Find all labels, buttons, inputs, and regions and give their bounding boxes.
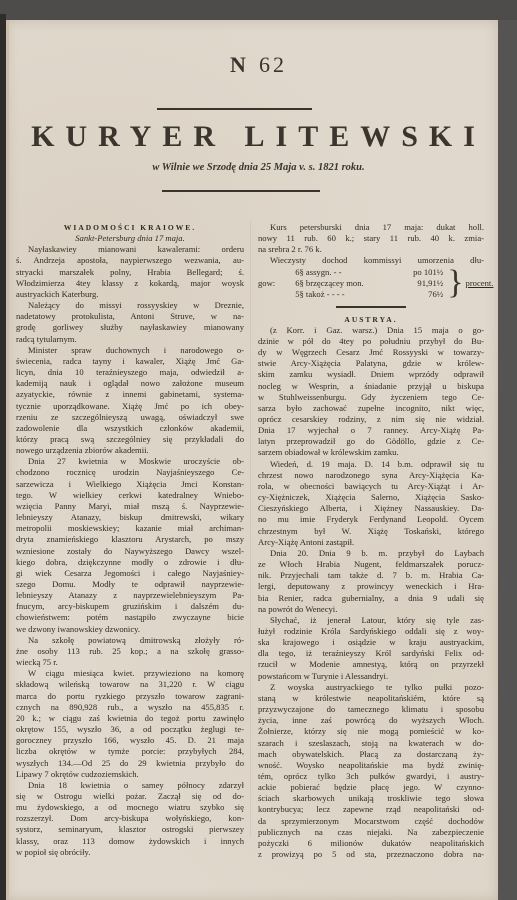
rates-table: gow: 6§ assygn. - -po 101½6§ brzęczącey … — [258, 267, 484, 300]
text-line: chrzest nowo narodzonego syna Arcy-Xiążę… — [258, 470, 484, 481]
text-line: Dnia 20. Dnia 9 b. m. przybył do Laybach — [258, 548, 484, 559]
text-line: sarzem obiadował w królewskim zamku. — [258, 447, 484, 458]
text-line: Na szkołę powiatową dmitrowską złożyły r… — [16, 635, 244, 646]
text-line: rola, w obecności bawiących tu Arcy-Xiąż… — [258, 481, 484, 492]
text-line: Wiedeń, d. 19 maja. D. 14 b.m. odprawił … — [258, 459, 484, 470]
text-line: rzeniu ze szczególnieyszą uwagą, oświadc… — [16, 412, 244, 423]
text-line: marca do portu ryzkiego przyszło towarow… — [16, 691, 244, 702]
text-line: dla tego, iż teraźnieyszy Król sardyński… — [258, 648, 484, 659]
rates-prefix: gow: — [258, 278, 275, 289]
text-line: cznych na 890,928 rub., a wyszło na 455,… — [16, 702, 244, 713]
text-line: przyzwyczajone do tamecznego klimatu i s… — [258, 704, 484, 715]
rate-row: 6§ brzęczącey mon.91,91½ — [275, 278, 443, 289]
rate-value: 91,91½ — [391, 278, 443, 289]
number-value: 62 — [259, 52, 287, 77]
text-line: którzy pracą swą szczególniey się przykł… — [16, 434, 244, 445]
text-line: składową wileńską towarow na 31,220 r. W… — [16, 679, 244, 690]
masthead-rule-top — [157, 108, 312, 110]
text-line: Lipawy 7 okrętów cudzoziemskich. — [16, 769, 244, 780]
text-line: Dnia 27 kwietnia w Moskwie uroczyście ob… — [16, 456, 244, 467]
text-line: da sprzymierzonym Mocarstwom część docho… — [258, 816, 484, 827]
rate-label: 6§ assygn. - - — [275, 267, 391, 278]
text-line: zadowolenie dla wszystkich członków akad… — [16, 423, 244, 434]
issue-number: N62 — [0, 52, 517, 78]
text-line: dy w Węgrzech Cesarz Jmć Rossyyski w tow… — [258, 347, 484, 358]
text-line: stwie Arcy-Xiążęcia Palatyna, gdzie w kr… — [258, 358, 484, 369]
text-line: z prowizyą po 5 od sta, przeznaczono dob… — [258, 849, 484, 860]
text-line: 20 k.; w ciągu zaś kwietnia do tegoż por… — [16, 713, 244, 724]
text-line: szarach i szeslaszach, stoją na kwaterac… — [258, 738, 484, 749]
text-line: Nayłaskawiey mianowani kawalerami: order… — [16, 244, 244, 255]
text-line: wzniesione zostały do Naywyższego Dawcy … — [16, 546, 244, 557]
text-line: na srebra 2 r. 76 k. — [258, 244, 484, 255]
text-line: Arcy-Xiążę Antoni zastąpił. — [258, 537, 484, 548]
left-column: WIADOMOŚCI KRAIOWE. Sankt-Petersburg dni… — [16, 222, 244, 858]
text-line: wność. Woysko neapolitańskie ma bydź zwi… — [258, 760, 484, 771]
rate-row: 6§ assygn. - -po 101½ — [275, 267, 443, 278]
section-divider — [336, 306, 406, 308]
text-line: Dnia 18 kwietnia o samey północy zdarzył — [16, 780, 244, 791]
text-line: na powrót do Wenecyi. — [258, 604, 484, 615]
text-line: latyn przeprowadził go do Gödöllo, gdzie… — [258, 436, 484, 447]
text-line: austryackich Katerburg. — [16, 289, 244, 300]
text-line: żne osoby 113 rub. 25 kop.; a na szkołę … — [16, 646, 244, 657]
issue-dateline: w Wilnie we Srzodę dnia 25 Maja v. s. 18… — [0, 162, 517, 173]
brace-glyph: } — [447, 268, 463, 298]
text-line: Z woyska austryackiego te tylko pułki po… — [258, 682, 484, 693]
rates-rows: 6§ assygn. - -po 101½6§ brzęczącey mon.9… — [275, 267, 443, 300]
text-line: we dzwony iwanowskiey dzwonicy. — [16, 624, 244, 635]
text-line: lergi, deputowany z prowincyy weneckich … — [258, 581, 484, 592]
text-line: stryacki marszałek polny, Hrabia Bellega… — [16, 267, 244, 278]
text-line: ska krajowego i osiądzie w kraju austrya… — [258, 637, 484, 648]
text-line: Minister spraw duchownych i narodowego o… — [16, 345, 244, 356]
text-line: sarzewicza i Wielkiego Xiążęcia Jmci Kon… — [16, 479, 244, 490]
text-line: wzięcia Panny Maryi, miał mszą ś. Nayprz… — [16, 501, 244, 512]
text-line: nik. Przyjechali tam także d. 7 b. m. Hr… — [258, 570, 484, 581]
text-line: Włodzimierza 4tey klassy z kokardą, majo… — [16, 278, 244, 289]
rate-value: 76½ — [391, 289, 443, 300]
text-line: wiecką 75 r. — [16, 657, 244, 668]
newspaper-title: KURYER LITEWSKI — [0, 120, 517, 154]
text-line: dzinie w pół do 4tey po południu przybył… — [258, 336, 484, 347]
text-line: mu żydowskiego, a od mocnego wiatru szyb… — [16, 802, 244, 813]
text-line: w Stuhlweissenburgu. Gdy życzeniem tego … — [258, 392, 484, 403]
text-line: tego. W wielkiey cerkwi katedralney Wnie… — [16, 490, 244, 501]
text-line: chowieństwem: potém nastąpiło zwyczayne … — [16, 612, 244, 623]
text-line: kontrybucya; lecz zapewne rząd neapolita… — [258, 804, 484, 815]
text-line: goroczney przyszło 166, wyszło 45. D. 21… — [16, 735, 244, 746]
text-line: lebnieyszy Atanazy z nayprzewielebnieysz… — [16, 590, 244, 601]
rate-value: po 101½ — [391, 267, 443, 278]
text-line: W ciągu miesiąca kwiet. przywieziono na … — [16, 668, 244, 679]
text-line: staną w królestwie neapolitańskiém, któr… — [258, 693, 484, 704]
text-line: mach obywatelskich. Płacą za dostarczaną… — [258, 749, 484, 760]
text-line: Należący do missyi rossyyskiey w Dreznie… — [16, 300, 244, 311]
text-line: no mu imie Fryderyk Ferdynand Leopold. O… — [258, 514, 484, 525]
text-line: Słychać, iż jenerał Latour, który się ty… — [258, 615, 484, 626]
text-line: bia Renier, radca gubernialny, a dnia 9 … — [258, 593, 484, 604]
text-line: metropolii moskiewskiey; kazanie miał ar… — [16, 523, 244, 534]
text-line: w popioł się obróciły. — [16, 847, 244, 858]
text-line: oprócz cesarskiey rodziny, z nim się nie… — [258, 414, 484, 425]
text-line: kiego dobra, dziękczynne modły o zdrowie… — [16, 557, 244, 568]
text-line: rzucił w Modenie amnestyą, którą on przy… — [258, 659, 484, 670]
text-line: (z Korr. i Gaz. warsz.) Dnia 15 maja o g… — [258, 325, 484, 336]
text-line: pożyczki 6 milionów dukatów neapolitańsk… — [258, 838, 484, 849]
text-line: chrzestnym był W. Xiążę Toskański, które… — [258, 526, 484, 537]
masthead-rule-bottom — [162, 190, 320, 192]
exchange-rates-text: Kurs petersburski dnia 17 maja: dukat ho… — [258, 222, 484, 267]
text-line: ś. Andrzeja apostoła, naypierwszego wezw… — [16, 255, 244, 266]
right-article-body: (z Korr. i Gaz. warsz.) Dnia 15 maja o g… — [258, 325, 484, 861]
column-separator — [250, 222, 251, 837]
text-line: Kurs petersburski dnia 17 maja: dukat ho… — [258, 222, 484, 233]
text-line: grodę gorliwey służby nayłaskawiey miano… — [16, 322, 244, 333]
text-line: ściach skarbowych unikają troskliwie teg… — [258, 793, 484, 804]
text-line: liczba okrętów w tymże porcie: przybyłyc… — [16, 746, 244, 757]
text-line: Żołnierze, którzy się nie mogą pomieścić… — [258, 726, 484, 737]
text-line: się w Ostrogu wielki pożar. Zaczął się o… — [16, 791, 244, 802]
text-line: nadetatowy protokulista, Antoni Struve, … — [16, 311, 244, 322]
text-line: azyatyckie, równie z innemi gabinetami, … — [16, 389, 244, 400]
text-line: łużył rodzinie Króla Sardyńskiego oddali… — [258, 626, 484, 637]
text-line: tycznie uporządkowane. Xiążę Jmć po ich … — [16, 401, 244, 412]
text-line: ze Włoch Hrabia Nugent, feldmarszałek po… — [258, 559, 484, 570]
text-line: nowy 11 rub. 60 k.; stary 11 rub. 40 k. … — [258, 233, 484, 244]
rates-suffix: procent. — [466, 278, 494, 289]
section-heading-austria: AUSTRYA. — [258, 314, 484, 325]
text-line: systorz, seminaryum, klasztor ostrogski … — [16, 824, 244, 835]
text-line: sarza było zachować zupełne incognito, n… — [258, 403, 484, 414]
text-line: rozszerzył. Dom arcy-biskupa wołyńskiego… — [16, 813, 244, 824]
viewer-top-bar — [0, 0, 517, 22]
text-line: świecenia, radca tayny i kawaler, Xiążę … — [16, 356, 244, 367]
text-line: nowego urządzenia zbiorów akademii. — [16, 445, 244, 456]
rate-label: 5§ takoż - - - - — [275, 289, 391, 300]
text-line: kademiją nauk i oglądał nowo założone mu… — [16, 378, 244, 389]
text-line: klassy, oraz 113 domow żydowskich i inny… — [16, 836, 244, 847]
text-line: szego Domu. Modły te odprawił nayprzewie… — [16, 579, 244, 590]
text-line: wyszłych 134.—Od 25 do 29 kwietnia przyb… — [16, 758, 244, 769]
left-article-body: Nayłaskawiey mianowani kawalerami: order… — [16, 244, 244, 858]
text-line: publicznych na czas niejaki. Na zabezpie… — [258, 827, 484, 838]
text-line: lebnieyszy Atanazy, biskup dmitrewski, w… — [16, 512, 244, 523]
text-line: okrętow 155, wyszło 36, a od początku że… — [16, 724, 244, 735]
text-line: licyn, dnia 10 teraźnieyszego maja, odwi… — [16, 367, 244, 378]
text-line: tém, oprócz tylko 3ch pułków gwardyi, i … — [258, 771, 484, 782]
dateline-petersburg: Sankt-Petersburg dnia 17 maja. — [16, 233, 244, 244]
text-line: cy-Xiężniczek, Xiążęcia Salerno, Xiążęci… — [258, 492, 484, 503]
text-line: fnucym, arcy-biskupem gruzińskim i dalsz… — [16, 601, 244, 612]
section-heading-domestic: WIADOMOŚCI KRAIOWE. — [16, 222, 244, 233]
right-column: Kurs petersburski dnia 17 maja: dukat ho… — [258, 222, 484, 860]
text-line: gi wiek Cesarza Jegomości i całego Nayja… — [16, 568, 244, 579]
text-line: skim zamku wysiadł. Dniem wprzódy odpraw… — [258, 369, 484, 380]
text-line: Cieszyńskiego Alberta, i Xiężney Nassaus… — [258, 503, 484, 514]
number-prefix: N — [230, 52, 249, 77]
text-line: powstańcom w Turynie i Alessandryi. — [258, 671, 484, 682]
text-line: ackie pobierać będzie płacę jego. W czyn… — [258, 782, 484, 793]
text-line: radcą tytularnym. — [16, 334, 244, 345]
text-line: nocleg w Wesprin, a śniadanie przyjął u … — [258, 381, 484, 392]
rate-row: 5§ takoż - - - -76½ — [275, 289, 443, 300]
text-line: dryta znamieńskiego klasztoru Arystarch,… — [16, 534, 244, 545]
rate-label: 6§ brzęczącey mon. — [275, 278, 391, 289]
text-line: Dnia 17 wyjechał o 7 ranney. Arcy-Xiążę … — [258, 425, 484, 436]
text-line: życia, inne zaś powrócą do wyższych Włoc… — [258, 715, 484, 726]
text-line: chodzono rocznicę urodzin Nayjaśnieyszeg… — [16, 467, 244, 478]
